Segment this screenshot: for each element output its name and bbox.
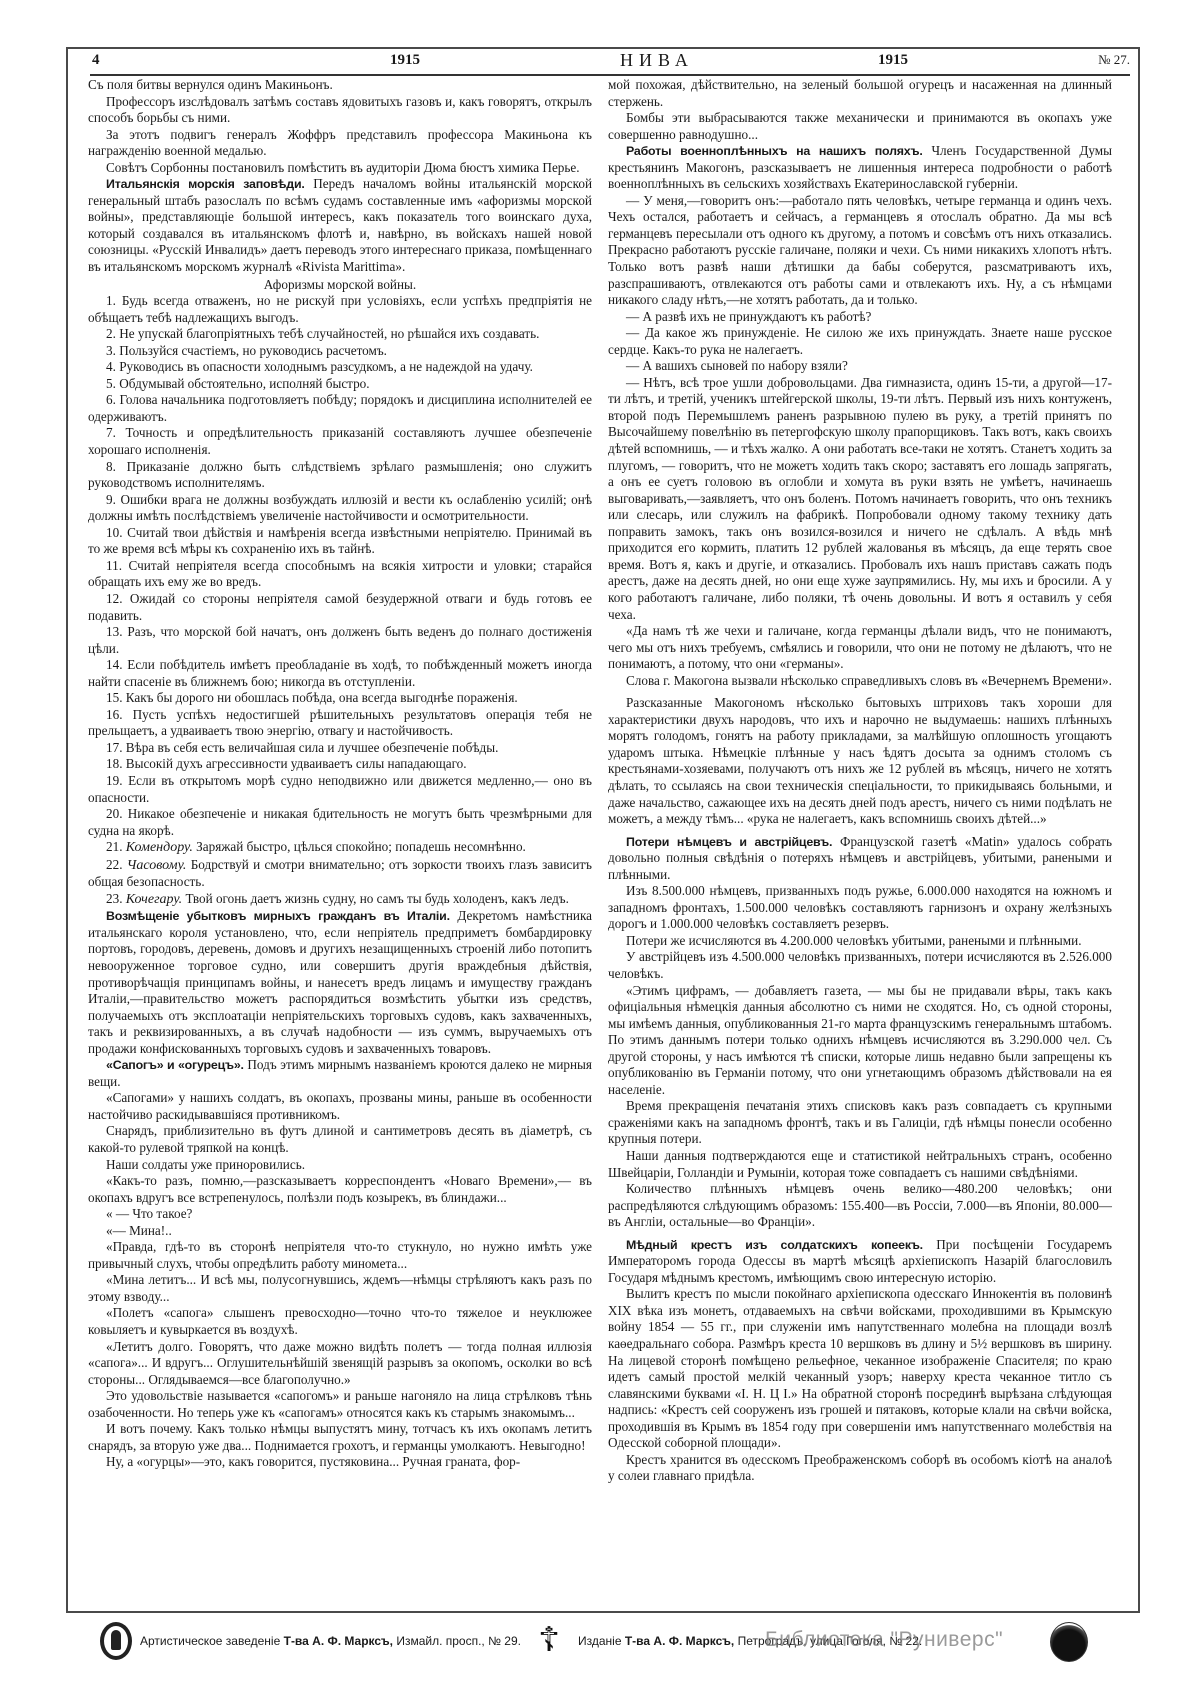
paragraph: 21. Комендору. Заряжай быстро, цѣлься сп…: [88, 839, 592, 857]
paragraph-text: 13. Разъ, что морской бой начатъ, онъ до…: [88, 624, 592, 656]
paragraph: «Да намъ тѣ же чехи и галичане, когда ге…: [608, 623, 1112, 673]
paragraph-text: Совѣтъ Сорбонны постановилъ помѣстить въ…: [106, 160, 580, 175]
paragraph: Профессоръ изслѣдовалъ затѣмъ составъ яд…: [88, 94, 592, 127]
paragraph: мой похожая, дѣйствительно, на зеленый б…: [608, 77, 1112, 110]
paragraph: Итальянскія морскія заповѣди. Передъ нач…: [88, 176, 592, 275]
paragraph-text: 1. Будь всегда отваженъ, но не рискуй пр…: [88, 293, 592, 325]
aphorism-number: 23.: [106, 891, 122, 906]
paragraph: Ну, а «огурцы»—это, какъ говорится, пуст…: [88, 1454, 592, 1471]
paragraph-text: Снарядъ, приблизительно въ футъ длиной и…: [88, 1123, 592, 1155]
paragraph-text: За этотъ подвигъ генералъ Жоффръ предста…: [88, 127, 592, 159]
paragraph-text: Крестъ хранится въ одесскомъ Преображенс…: [608, 1452, 1112, 1484]
paragraph: Разсказанные Макогономъ нѣсколько бытовы…: [608, 695, 1112, 827]
paragraph-text: — А вашихъ сыновей по набору взяли?: [626, 358, 848, 373]
footer-left-a: Артистическое заведеніе: [140, 1634, 284, 1648]
paragraph: 14. Если побѣдитель имѣетъ преобладаніе …: [88, 657, 592, 690]
printer-emblem-icon: [1050, 1622, 1088, 1662]
paragraph: 4. Руководись въ опасности холоднымъ раз…: [88, 359, 592, 376]
paragraph: Афоризмы морской войны.: [88, 277, 592, 294]
paragraph: Слова г. Макогона вызвали нѣсколько спра…: [608, 673, 1112, 690]
footer-left-b: Т-ва А. Ф. Марксъ,: [284, 1634, 393, 1648]
aphorism-heading: Кочегару.: [126, 892, 182, 907]
paragraph: «Этимъ цифрамъ, — добавляетъ газета, — м…: [608, 983, 1112, 1099]
paragraph-text: — А развѣ ихъ не принуждаютъ къ работѣ?: [626, 309, 871, 324]
paragraph-text: «Какъ-то разъ, помню,—разсказываетъ корр…: [88, 1173, 592, 1205]
paragraph: «— Мина!..: [88, 1223, 592, 1240]
paragraph-text: 11. Считай непріятеля всегда способнымъ …: [88, 558, 592, 590]
paragraph: «Правда, гдѣ-то въ сторонѣ непріятеля чт…: [88, 1239, 592, 1272]
paragraph: Время прекращенія печатанія этихъ списко…: [608, 1098, 1112, 1148]
paragraph: — А развѣ ихъ не принуждаютъ къ работѣ?: [608, 309, 1112, 326]
year-left: 1915: [390, 52, 420, 69]
paragraph: «Летитъ долго. Говорятъ, что даже можно …: [88, 1339, 592, 1389]
paragraph: Наши данныя подтверждаются еще и статист…: [608, 1148, 1112, 1181]
paragraph-text: «Сапогами» у нашихъ солдатъ, въ окопахъ,…: [88, 1090, 592, 1122]
left-column: Съ поля битвы вернулся одинъ Макиньонъ.П…: [88, 77, 592, 1471]
paragraph-text: 6. Голова начальника подготовляетъ побѣд…: [88, 392, 592, 424]
paragraph-text: 12. Ожидай со стороны непріятеля самой б…: [88, 591, 592, 623]
paragraph-text: Это удовольствіе называется «сапогомъ» и…: [88, 1388, 592, 1420]
footer-right-b: Т-ва А. Ф. Марксъ,: [625, 1634, 734, 1648]
paragraph-text: 14. Если побѣдитель имѣетъ преобладаніе …: [88, 657, 592, 689]
paragraph: 15. Какъ бы дорого ни обошлась побѣда, о…: [88, 690, 592, 707]
paragraph-text: Декретомъ намѣстника итальянскаго короля…: [88, 908, 592, 1055]
journal-title: НИВА: [620, 50, 694, 71]
paragraph: 12. Ожидай со стороны непріятеля самой б…: [88, 591, 592, 624]
paragraph: «Какъ-то разъ, помню,—разсказываетъ корр…: [88, 1173, 592, 1206]
paragraph-text: Вылитъ крестъ по мысли покойнаго архіепи…: [608, 1286, 1112, 1450]
paragraph-text: Наши солдаты уже приноровились.: [106, 1157, 305, 1172]
paragraph-text: 2. Не упускай благопріятныхъ тебѣ случай…: [106, 326, 539, 341]
paragraph-text: «Да намъ тѣ же чехи и галичане, когда ге…: [608, 623, 1112, 671]
paragraph: Крестъ хранится въ одесскомъ Преображенс…: [608, 1452, 1112, 1485]
section-heading: «Сапогъ» и «огурецъ».: [106, 1058, 244, 1072]
aphorism-number: 22.: [106, 857, 122, 872]
paragraph: 17. Вѣра въ себя есть величайшая сила и …: [88, 740, 592, 757]
paragraph-text: — Нѣтъ, всѣ трое ушли добровольцами. Два…: [608, 375, 1112, 622]
paragraph: Это удовольствіе называется «сапогомъ» и…: [88, 1388, 592, 1421]
paragraph-text: И вотъ почему. Какъ только нѣмцы выпустя…: [88, 1421, 592, 1453]
paragraph-text: «Полетъ «сапога» слышенъ превосходно—точ…: [88, 1305, 592, 1337]
paragraph: 2. Не упускай благопріятныхъ тебѣ случай…: [88, 326, 592, 343]
paragraph: Работы военноплѣнныхъ на нашихъ поляхъ. …: [608, 143, 1112, 193]
paragraph-text: «Мина летитъ... И всѣ мы, полусогнувшись…: [88, 1272, 592, 1304]
paragraph-text: Наши данныя подтверждаются еще и статист…: [608, 1148, 1112, 1180]
right-column: мой похожая, дѣйствительно, на зеленый б…: [608, 77, 1112, 1485]
paragraph: У австрійцевъ изъ 4.500.000 человѣкъ при…: [608, 949, 1112, 982]
section-heading: Потери нѣмцевъ и австрійцевъ.: [626, 835, 832, 849]
paragraph-text: Изъ 8.500.000 нѣмцевъ, призванныхъ подъ …: [608, 883, 1112, 931]
paragraph: 8. Приказаніе должно быть слѣдствіемъ зр…: [88, 459, 592, 492]
paragraph-text: 9. Ошибки врага не должны возбуждать илл…: [88, 492, 592, 524]
publisher-emblem-icon: [100, 1622, 132, 1660]
section-heading: Работы военноплѣнныхъ на нашихъ поляхъ.: [626, 144, 923, 158]
paragraph: 19. Если въ открытомъ морѣ судно неподви…: [88, 773, 592, 806]
paragraph: Мѣдный крестъ изъ солдатскихъ копеекъ. П…: [608, 1237, 1112, 1287]
paragraph: « — Что такое?: [88, 1206, 592, 1223]
paragraph: 13. Разъ, что морской бой начатъ, онъ до…: [88, 624, 592, 657]
paragraph: — Да какое жъ принужденіе. Не силою же и…: [608, 325, 1112, 358]
paragraph-text: Съ поля битвы вернулся одинъ Макиньонъ.: [88, 77, 333, 92]
paragraph: 3. Пользуйся счастіемъ, но руководись ра…: [88, 343, 592, 360]
paragraph-text: — У меня,—говоритъ онъ:—работало пять че…: [608, 193, 1112, 307]
paragraph: Количество плѣнныхъ нѣмцевъ очень велико…: [608, 1181, 1112, 1231]
section-heading: Возмѣщеніе убытковъ мирныхъ гражданъ въ …: [106, 909, 450, 923]
paragraph: «Сапогами» у нашихъ солдатъ, въ окопахъ,…: [88, 1090, 592, 1123]
paragraph-text: «Летитъ долго. Говорятъ, что даже можно …: [88, 1339, 592, 1387]
paragraph-text: 3. Пользуйся счастіемъ, но руководись ра…: [106, 343, 387, 358]
paragraph: 9. Ошибки врага не должны возбуждать илл…: [88, 492, 592, 525]
paragraph: 11. Считай непріятеля всегда способнымъ …: [88, 558, 592, 591]
paragraph-text: 5. Обдумывай обстоятельно, исполняй быст…: [106, 376, 370, 391]
paragraph: «Мина летитъ... И всѣ мы, полусогнувшись…: [88, 1272, 592, 1305]
year-right: 1915: [878, 52, 908, 69]
paragraph: Съ поля битвы вернулся одинъ Макиньонъ.: [88, 77, 592, 94]
paragraph-text: «Этимъ цифрамъ, — добавляетъ газета, — м…: [608, 983, 1112, 1097]
paragraph-text: Время прекращенія печатанія этихъ списко…: [608, 1098, 1112, 1146]
paragraph: 10. Считай твои дѣйствія и намѣренія все…: [88, 525, 592, 558]
page-number: 4: [92, 52, 100, 69]
paragraph: Совѣтъ Сорбонны постановилъ помѣстить въ…: [88, 160, 592, 177]
paragraph-text: Слова г. Макогона вызвали нѣсколько спра…: [626, 673, 1112, 688]
footer-right-a: Изданіе: [578, 1634, 625, 1648]
paragraph-text: 16. Пусть успѣхъ недостигшей рѣшительных…: [88, 707, 592, 739]
aphorism-heading: Часовому.: [127, 858, 187, 873]
paragraph: За этотъ подвигъ генералъ Жоффръ предста…: [88, 127, 592, 160]
paragraph: 5. Обдумывай обстоятельно, исполняй быст…: [88, 376, 592, 393]
paragraph-text: 10. Считай твои дѣйствія и намѣренія все…: [88, 525, 592, 557]
paragraph-text: Профессоръ изслѣдовалъ затѣмъ составъ яд…: [88, 94, 592, 126]
paragraph-text: Потери же исчисляются въ 4.200.000 челов…: [626, 933, 1082, 948]
paragraph: Потери же исчисляются въ 4.200.000 челов…: [608, 933, 1112, 950]
paragraph-text: мой похожая, дѣйствительно, на зеленый б…: [608, 77, 1112, 109]
section-heading: Мѣдный крестъ изъ солдатскихъ копеекъ.: [626, 1238, 923, 1252]
issue-number: № 27.: [1098, 52, 1130, 68]
paragraph: 20. Никакое обезпеченіе и никакая бдител…: [88, 806, 592, 839]
paragraph: 6. Голова начальника подготовляетъ побѣд…: [88, 392, 592, 425]
paragraph: 1. Будь всегда отваженъ, но не рискуй пр…: [88, 293, 592, 326]
paragraph-text: Количество плѣнныхъ нѣмцевъ очень велико…: [608, 1181, 1112, 1229]
footer-left-text: Артистическое заведеніе Т-ва А. Ф. Маркс…: [140, 1634, 521, 1648]
paragraph: Бомбы эти выбрасываются также механическ…: [608, 110, 1112, 143]
paragraph-text: Ну, а «огурцы»—это, какъ говорится, пуст…: [106, 1454, 520, 1469]
paragraph-text: — Да какое жъ принужденіе. Не силою же и…: [608, 325, 1112, 357]
paragraph-text: У австрійцевъ изъ 4.500.000 человѣкъ при…: [608, 949, 1112, 981]
paragraph-text: 17. Вѣра въ себя есть величайшая сила и …: [106, 740, 498, 755]
paragraph: 22. Часовому. Бодрствуй и смотри внимате…: [88, 857, 592, 891]
paragraph: «Сапогъ» и «огурецъ». Подъ этимъ мирнымъ…: [88, 1057, 592, 1090]
paragraph: — Нѣтъ, всѣ трое ушли добровольцами. Два…: [608, 375, 1112, 623]
paragraph: — А вашихъ сыновей по набору взяли?: [608, 358, 1112, 375]
paragraph-text: 19. Если въ открытомъ морѣ судно неподви…: [88, 773, 592, 805]
paragraph-text: 15. Какъ бы дорого ни обошлась побѣда, о…: [106, 690, 518, 705]
paragraph: Потери нѣмцевъ и австрійцевъ. Французско…: [608, 834, 1112, 884]
paragraph: Наши солдаты уже приноровились.: [88, 1157, 592, 1174]
paragraph-text: 20. Никакое обезпеченіе и никакая бдител…: [88, 806, 592, 838]
paragraph-text: Разсказанные Макогономъ нѣсколько бытовы…: [608, 695, 1112, 826]
paragraph-text: 4. Руководись въ опасности холоднымъ раз…: [106, 359, 533, 374]
paragraph-text: 8. Приказаніе должно быть слѣдствіемъ зр…: [88, 459, 592, 491]
double-headed-eagle-icon: ☦: [538, 1620, 560, 1660]
library-watermark: Библиотека "Руниверс": [765, 1628, 1003, 1652]
footer-left-c: Измайл. просп., № 29.: [393, 1634, 521, 1648]
paragraph: И вотъ почему. Какъ только нѣмцы выпустя…: [88, 1421, 592, 1454]
paragraph: Вылитъ крестъ по мысли покойнаго архіепи…: [608, 1286, 1112, 1451]
paragraph-text: 7. Точность и опредѣлительность приказан…: [88, 425, 592, 457]
paragraph: Снарядъ, приблизительно въ футъ длиной и…: [88, 1123, 592, 1156]
paragraph: 7. Точность и опредѣлительность приказан…: [88, 425, 592, 458]
aphorism-heading: Комендору.: [126, 840, 193, 855]
section-heading: Итальянскія морскія заповѣди.: [106, 177, 305, 191]
paragraph: 23. Кочегару. Твой огонь даетъ жизнь суд…: [88, 891, 592, 909]
paragraph-text: 18. Высокій духъ агрессивности удваивает…: [106, 756, 467, 771]
running-head: 4 1915 НИВА 1915 № 27.: [90, 52, 1130, 76]
paragraph: 16. Пусть успѣхъ недостигшей рѣшительных…: [88, 707, 592, 740]
paragraph-text: «— Мина!..: [106, 1223, 172, 1238]
paragraph: Изъ 8.500.000 нѣмцевъ, призванныхъ подъ …: [608, 883, 1112, 933]
paragraph-text: Афоризмы морской войны.: [264, 277, 416, 292]
paragraph: «Полетъ «сапога» слышенъ превосходно—точ…: [88, 1305, 592, 1338]
aphorism-number: 21.: [106, 839, 122, 854]
paragraph-text: Бомбы эти выбрасываются также механическ…: [608, 110, 1112, 142]
paragraph-text: Заряжай быстро, цѣлься спокойно; попадеш…: [196, 839, 526, 854]
paragraph: 18. Высокій духъ агрессивности удваивает…: [88, 756, 592, 773]
paragraph-text: «Правда, гдѣ-то въ сторонѣ непріятеля чт…: [88, 1239, 592, 1271]
paragraph-text: Твой огонь даетъ жизнь судну, но самъ ты…: [185, 891, 568, 906]
paragraph: Возмѣщеніе убытковъ мирныхъ гражданъ въ …: [88, 908, 592, 1057]
paragraph-text: « — Что такое?: [106, 1206, 192, 1221]
paragraph: — У меня,—говоритъ онъ:—работало пять че…: [608, 193, 1112, 309]
